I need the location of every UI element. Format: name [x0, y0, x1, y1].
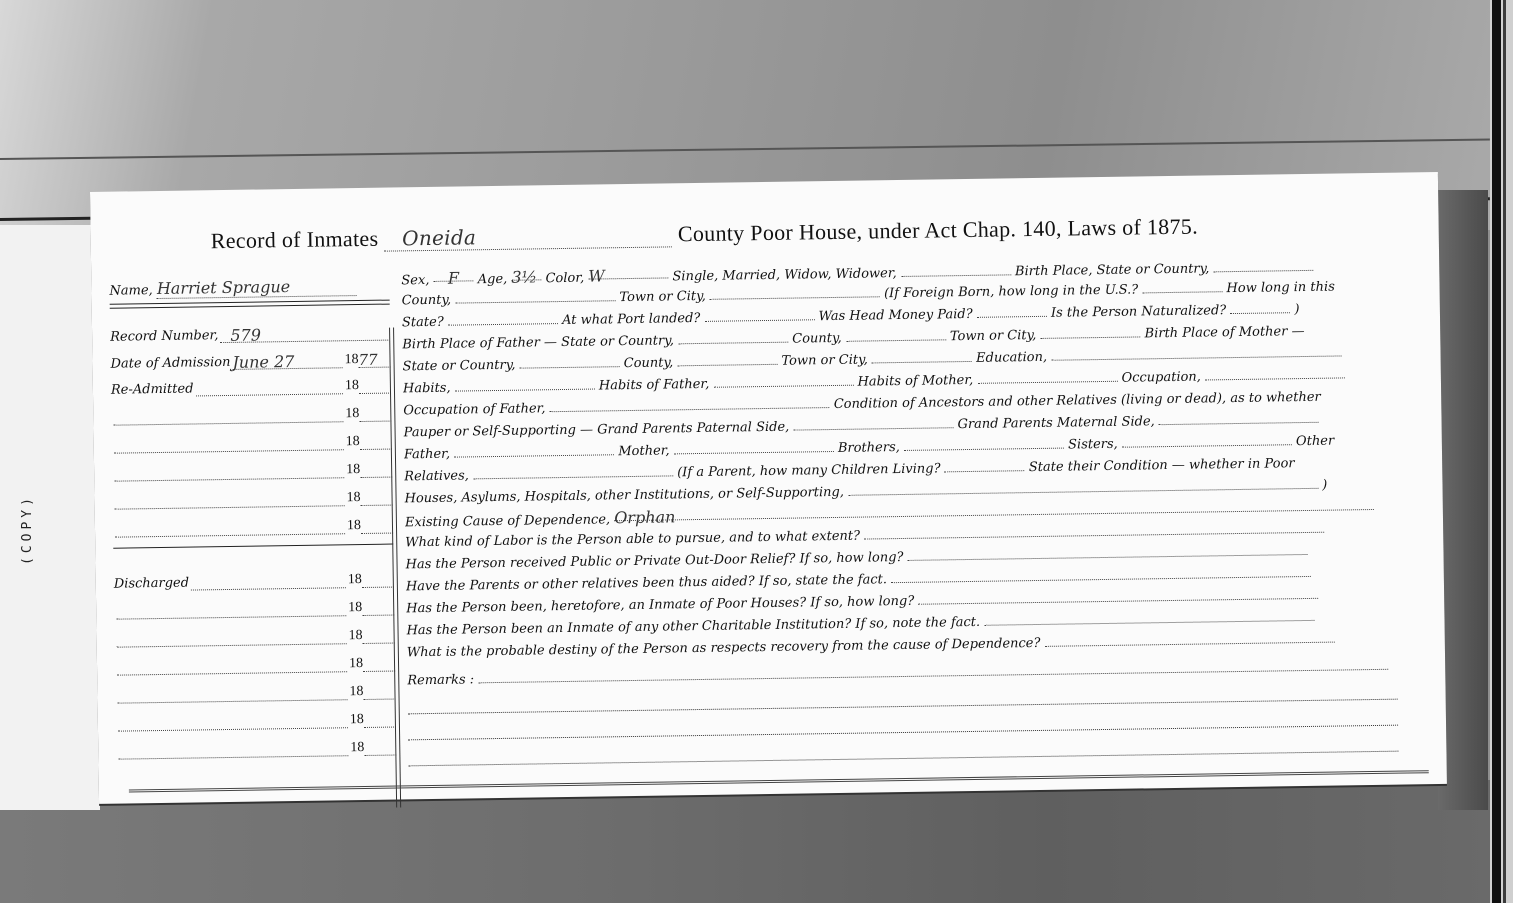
probable-destiny-field[interactable] — [1044, 630, 1334, 647]
mother-county-label: County, — [624, 355, 674, 371]
remarks-rule[interactable] — [408, 699, 1398, 715]
grandparents-maternal-label: Grand Parents Maternal Side, — [957, 414, 1154, 432]
education-field[interactable] — [1051, 343, 1341, 360]
county-field[interactable] — [455, 288, 615, 303]
panel-separator — [389, 328, 401, 808]
year-prefix: 18 — [344, 352, 358, 368]
readmitted-row: 18 — [113, 518, 393, 538]
year-prefix: 18 — [348, 572, 362, 588]
father-town-field[interactable] — [1040, 324, 1140, 338]
birth-place-label: Birth Place, State or Country, — [1015, 261, 1210, 279]
discharged-field[interactable] — [117, 631, 347, 647]
poor-house-inmate-label: Has the Person been, heretofore, an Inma… — [406, 594, 914, 617]
grandparents-paternal-field[interactable] — [793, 415, 953, 430]
readmitted-label: Re-Admitted — [111, 381, 194, 397]
discharged-field[interactable] — [116, 603, 346, 619]
year-prefix: 18 — [346, 434, 360, 450]
year-field[interactable] — [359, 409, 391, 422]
title-prefix: Record of Inmates — [211, 226, 379, 253]
remarks-line: Remarks : — [407, 657, 1407, 692]
year-prefix: 18 — [347, 518, 361, 534]
color-field[interactable]: W — [588, 265, 668, 279]
year-field[interactable] — [359, 381, 391, 394]
mother-birthplace-label: Birth Place of Mother — — [1144, 324, 1304, 341]
page-crease — [0, 138, 1490, 160]
state-label: State? — [402, 315, 444, 331]
remarks-rule[interactable] — [408, 725, 1398, 741]
labor-label: What kind of Labor is the Person able to… — [405, 529, 860, 551]
readmitted-field[interactable] — [114, 437, 344, 453]
discharged-row: 18 — [115, 656, 395, 676]
naturalized-label: Is the Person Naturalized? — [1051, 303, 1226, 321]
year-prefix: 18 — [348, 628, 362, 644]
record-number-label: Record Number, — [110, 328, 218, 345]
father-town-label: Town or City, — [950, 328, 1037, 344]
discharged-row: Discharged 18 — [114, 572, 394, 592]
town-field[interactable] — [710, 284, 880, 300]
marital-status-field[interactable] — [901, 262, 1011, 277]
readmitted-field[interactable] — [195, 381, 343, 396]
education-label: Education, — [976, 350, 1047, 366]
remarks-field[interactable] — [478, 657, 1388, 683]
year-field[interactable] — [364, 715, 396, 728]
discharged-row: 18 — [116, 740, 396, 760]
binding-edge — [1490, 0, 1513, 903]
children-living-label: (If a Parent, how many Children Living? — [677, 461, 941, 480]
year-field[interactable] — [360, 465, 392, 478]
brothers-label: Brothers, — [838, 440, 900, 456]
county-label: County, — [402, 293, 452, 309]
divider — [113, 544, 393, 549]
page-title: Record of Inmates Oneida County Poor Hou… — [211, 214, 1199, 255]
outdoor-relief-label: Has the Person received Public or Privat… — [405, 550, 903, 572]
sisters-label: Sisters, — [1068, 437, 1118, 453]
ancestors-condition-label: Condition of Ancestors and other Relativ… — [834, 390, 1321, 412]
head-money-field[interactable] — [977, 304, 1047, 318]
year-field[interactable] — [364, 743, 396, 756]
discharged-label: Discharged — [114, 576, 189, 592]
mother-town-label: Town or City, — [781, 352, 868, 368]
foreign-born-label: (If Foreign Born, how long in the U.S.? — [884, 282, 1138, 301]
state-condition-label: State their Condition — whether in Poor — [1029, 456, 1295, 475]
readmitted-row: 18 — [112, 462, 392, 482]
year-prefix: 18 — [345, 378, 359, 394]
discharged-row: 18 — [115, 628, 395, 648]
discharged-field[interactable] — [118, 715, 348, 731]
year-prefix: 18 — [349, 656, 363, 672]
binding-bar — [1492, 0, 1501, 903]
mother-county-field[interactable] — [677, 352, 777, 366]
sisters-field[interactable] — [1122, 432, 1292, 448]
year-field[interactable] — [363, 631, 395, 644]
discharged-row: 18 — [114, 600, 394, 620]
habits-field[interactable] — [455, 377, 595, 392]
binding-bar-thin — [1503, 0, 1506, 903]
institutions-label: Houses, Asylums, Hospitals, other Instit… — [404, 485, 844, 507]
discharged-field[interactable] — [118, 743, 348, 759]
year-field[interactable] — [360, 437, 392, 450]
discharged-row: 18 — [116, 712, 396, 732]
year-prefix: 18 — [350, 712, 364, 728]
brothers-field[interactable] — [904, 436, 1064, 451]
father-birthplace-field[interactable] — [678, 330, 788, 345]
mother-town-field[interactable] — [872, 349, 972, 363]
year-field[interactable] — [362, 603, 394, 616]
mother-state-label: State or Country, — [403, 358, 516, 375]
father-label: Father, — [404, 447, 450, 463]
close-paren: ) — [1294, 302, 1299, 317]
discharged-field[interactable] — [191, 575, 346, 590]
readmitted-row: Re-Admitted 18 — [111, 378, 391, 398]
mother-state-field[interactable] — [519, 354, 619, 368]
mother-label: Mother, — [618, 443, 670, 459]
habits-father-label: Habits of Father, — [599, 377, 710, 394]
age-label: Age, — [478, 272, 508, 287]
relatives-field[interactable] — [473, 463, 673, 479]
remarks-label: Remarks : — [407, 672, 474, 688]
discharged-field[interactable] — [117, 659, 347, 675]
readmitted-field[interactable] — [115, 493, 345, 509]
habits-father-field[interactable] — [713, 373, 853, 388]
readmitted-field[interactable] — [114, 465, 344, 481]
grandparents-paternal-label: Pauper or Self-Supporting — Grand Parent… — [403, 420, 789, 441]
remarks-rule[interactable] — [409, 751, 1399, 767]
readmitted-field[interactable] — [115, 521, 345, 537]
discharged-row: 18 — [115, 684, 395, 704]
date-admission-field[interactable]: June 27 — [232, 355, 342, 370]
year-field[interactable] — [363, 687, 395, 700]
year-prefix: 18 — [348, 600, 362, 616]
record-number-field[interactable]: 579 — [220, 328, 388, 343]
port-label: At what Port landed? — [562, 311, 701, 328]
title-suffix: County Poor House, under Act Chap. 140, … — [678, 214, 1198, 247]
copy-stamp: (COPY) — [20, 470, 44, 590]
charitable-institution-label: Has the Person been an Inmate of any oth… — [406, 615, 980, 639]
father-field[interactable] — [454, 442, 614, 457]
date-admission-row: Date of Admission June 27 18 77 — [110, 352, 390, 372]
birth-place-field[interactable] — [1213, 258, 1313, 272]
left-margin-paper — [0, 225, 100, 810]
year-prefix: 18 — [346, 490, 360, 506]
occupation-label: Occupation, — [1121, 370, 1201, 386]
readmitted-row: 18 — [111, 406, 391, 426]
father-county-field[interactable] — [846, 327, 946, 341]
year-prefix: 18 — [345, 406, 359, 422]
habits-label: Habits, — [403, 381, 451, 397]
close-paren: ) — [1322, 478, 1327, 493]
father-occupation-label: Occupation of Father, — [403, 401, 545, 418]
children-living-field[interactable] — [945, 458, 1025, 472]
how-long-label: How long in this — [1226, 280, 1335, 297]
grandparents-maternal-field[interactable] — [1159, 410, 1319, 425]
year-field[interactable] — [360, 493, 392, 506]
foreign-born-field[interactable] — [1142, 279, 1222, 293]
record-card: Record of Inmates Oneida County Poor Hou… — [90, 172, 1447, 804]
name-field[interactable]: Harriet Sprague — [157, 276, 357, 299]
marital-status-label: Single, Married, Widow, Widower, — [672, 266, 896, 284]
county-field[interactable]: Oneida — [384, 222, 672, 251]
readmitted-row: 18 — [112, 490, 392, 510]
year-field[interactable] — [362, 575, 394, 588]
port-field[interactable] — [704, 307, 814, 322]
readmitted-row: 18 — [112, 434, 392, 454]
date-admission-label: Date of Admission — [110, 355, 230, 372]
cause-of-dependence-label: Existing Cause of Dependence, — [405, 512, 610, 530]
relatives-label: Relatives, — [404, 468, 469, 484]
head-money-label: Was Head Money Paid? — [818, 307, 972, 324]
mother-field[interactable] — [674, 439, 834, 454]
occupation-field[interactable] — [1205, 365, 1345, 380]
year-prefix: 18 — [349, 684, 363, 700]
habits-mother-label: Habits of Mother, — [857, 373, 973, 390]
father-county-label: County, — [792, 331, 842, 347]
readmitted-field[interactable] — [113, 409, 343, 425]
state-field[interactable] — [448, 311, 558, 326]
year-field[interactable] — [363, 659, 395, 672]
naturalized-field[interactable] — [1230, 300, 1290, 314]
father-occupation-field[interactable] — [550, 395, 830, 412]
habits-mother-field[interactable] — [977, 369, 1117, 384]
name-label: Name, — [109, 283, 152, 299]
charitable-institution-field[interactable] — [984, 608, 1314, 626]
year-prefix: 18 — [346, 462, 360, 478]
sex-field[interactable]: F — [433, 268, 473, 282]
sex-label: Sex, — [401, 273, 429, 288]
divider — [110, 304, 390, 309]
father-birthplace-label: Birth Place of Father — State or Country… — [402, 333, 674, 352]
color-label: Color, — [545, 271, 584, 287]
other-label: Other — [1296, 434, 1334, 450]
year-prefix: 18 — [350, 740, 364, 756]
name-row: Name, Harriet Sprague — [109, 276, 357, 300]
parents-aided-label: Have the Parents or other relatives been… — [406, 572, 887, 594]
age-field[interactable]: 3½ — [511, 267, 541, 280]
town-label: Town or City, — [619, 289, 706, 305]
record-number-row: Record Number, 579 — [110, 326, 390, 345]
year-field[interactable] — [361, 521, 393, 534]
discharged-field[interactable] — [117, 687, 347, 703]
year-field[interactable]: 77 — [358, 355, 390, 368]
left-panel: Name, Harriet Sprague Record Number, 579… — [109, 268, 397, 792]
